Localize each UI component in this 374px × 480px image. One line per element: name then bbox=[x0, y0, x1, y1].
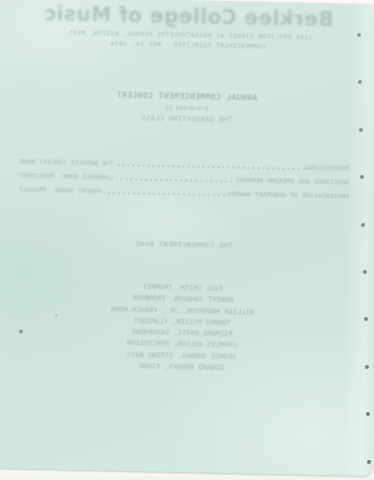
dotted-leader bbox=[116, 178, 233, 183]
binding-hole bbox=[359, 128, 363, 132]
binding-hole bbox=[363, 270, 367, 274]
program-line-left: GREETINGS AND OPENING REMARKS bbox=[236, 176, 350, 186]
paper-sheet: Berklee College of Music 1140 BOYLSTON S… bbox=[0, 0, 374, 476]
dotted-leader bbox=[104, 191, 225, 197]
ghost-section-heading: THE COMMENCEMENT BAND bbox=[0, 237, 374, 253]
binding-hole bbox=[361, 223, 365, 227]
binding-hole bbox=[357, 33, 361, 37]
program-line-right: THE BERKLEE CONCERT BAND bbox=[19, 158, 113, 168]
scanned-document-page: Berklee College of Music 1140 BOYLSTON S… bbox=[0, 0, 374, 480]
ghost-performer-list: PAUL SMITH, TRUMPETROBERT JOHNSON, TROMB… bbox=[0, 279, 374, 377]
binding-hole bbox=[365, 365, 369, 369]
program-line-left: PROCESSIONAL bbox=[302, 163, 349, 172]
showthrough-ghost-layer: Berklee College of Music 1140 BOYLSTON S… bbox=[0, 0, 374, 476]
dotted-leader bbox=[116, 164, 299, 171]
ghost-program-line: PRESENTATION OF HONORARY AWARDS ROBERT S… bbox=[19, 187, 349, 201]
ghost-program-line: PROCESSIONAL THE BERKLEE CONCERT BAND bbox=[19, 159, 349, 173]
program-line-right: ROBERT SHARE, PROVOST bbox=[19, 186, 101, 196]
ghost-title: Berklee College of Music bbox=[0, 0, 374, 32]
binding-hole bbox=[367, 460, 371, 464]
program-line-right: LAWRENCE BERK, PRESIDENT bbox=[19, 172, 113, 182]
paper-speck bbox=[55, 314, 57, 316]
ghost-program-block: PROCESSIONAL THE BERKLEE CONCERT BAND GR… bbox=[19, 159, 350, 208]
ghost-program-line: GREETINGS AND OPENING REMARKS LAWRENCE B… bbox=[19, 173, 349, 187]
program-line-left: PRESENTATION OF HONORARY AWARDS bbox=[227, 190, 348, 201]
